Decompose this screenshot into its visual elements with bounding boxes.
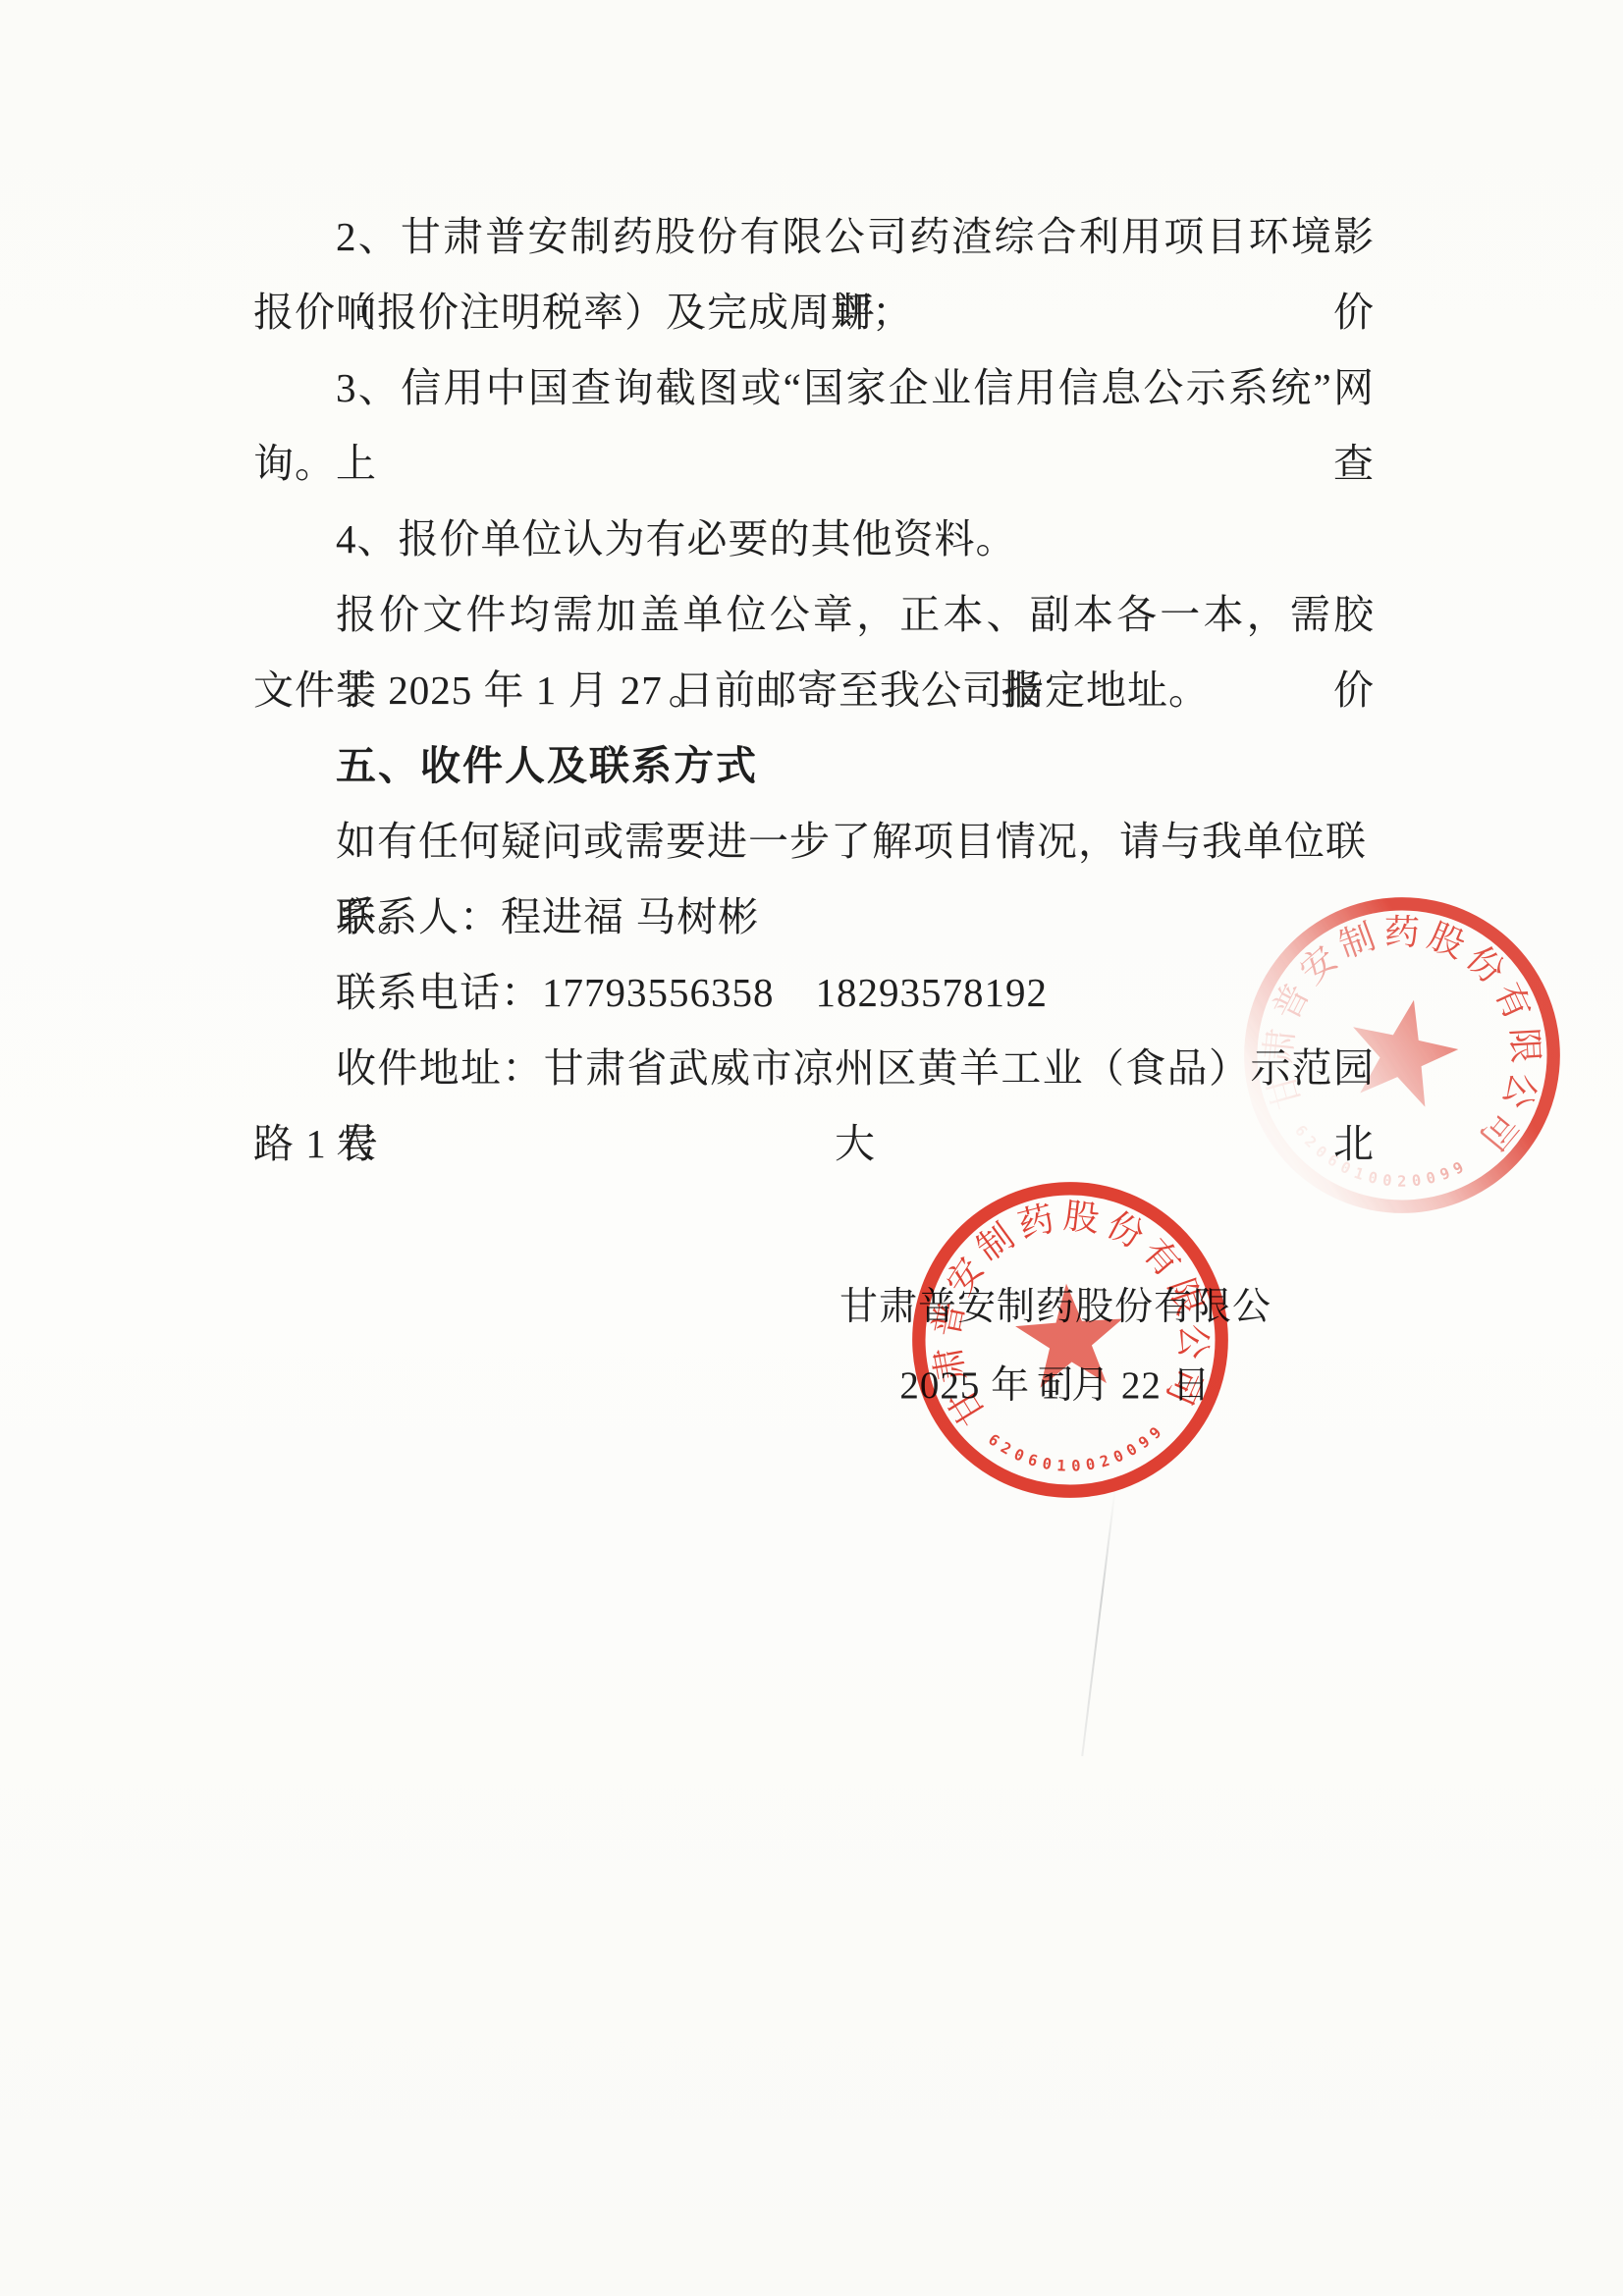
signature-company: 甘肃普安制药股份有限公司 xyxy=(830,1268,1281,1347)
svg-text:6206010020099: 6206010020099 xyxy=(984,1418,1171,1481)
body-text-block: 2、甘肃普安制药股份有限公司药渣综合利用项目环境影响评价报价（报价注明税率）及完… xyxy=(253,199,1375,1182)
text-line: 五、收件人及联系方式 xyxy=(253,728,1375,804)
text-line: 3、信用中国查询截图或“国家企业信用信息公示系统”网上查 xyxy=(253,350,1375,426)
text-line: 收件地址：甘肃省武威市凉州区黄羊工业（食品）示范园农大北 xyxy=(253,1031,1375,1106)
text-line: 联系电话：17793556358 18293578192 xyxy=(253,955,1375,1031)
document-page: 2、甘肃普安制药股份有限公司药渣综合利用项目环境影响评价报价（报价注明税率）及完… xyxy=(0,0,1623,2296)
signature-date: 2025 年 1 月 22 日 xyxy=(830,1347,1281,1425)
text-line: 4、报价单位认为有必要的其他资料。 xyxy=(253,502,1375,577)
text-line: 如有任何疑问或需要进一步了解项目情况，请与我单位联系。 xyxy=(253,804,1375,880)
text-line: 联系人：程进福 马树彬 xyxy=(253,880,1375,955)
scan-scratch-artifact xyxy=(1081,1488,1115,1756)
seal-serial-text: 6206010020099 xyxy=(984,1418,1171,1481)
text-line: 2、甘肃普安制药股份有限公司药渣综合利用项目环境影响评价 xyxy=(253,199,1375,275)
signature-block: 甘肃普安制药股份有限公司 2025 年 1 月 22 日 xyxy=(830,1268,1281,1425)
text-line: 文件于 2025 年 1 月 27 日前邮寄至我公司指定地址。 xyxy=(253,653,1375,728)
text-line: 报价文件均需加盖单位公章，正本、副本各一本，需胶装。报价 xyxy=(253,577,1375,653)
